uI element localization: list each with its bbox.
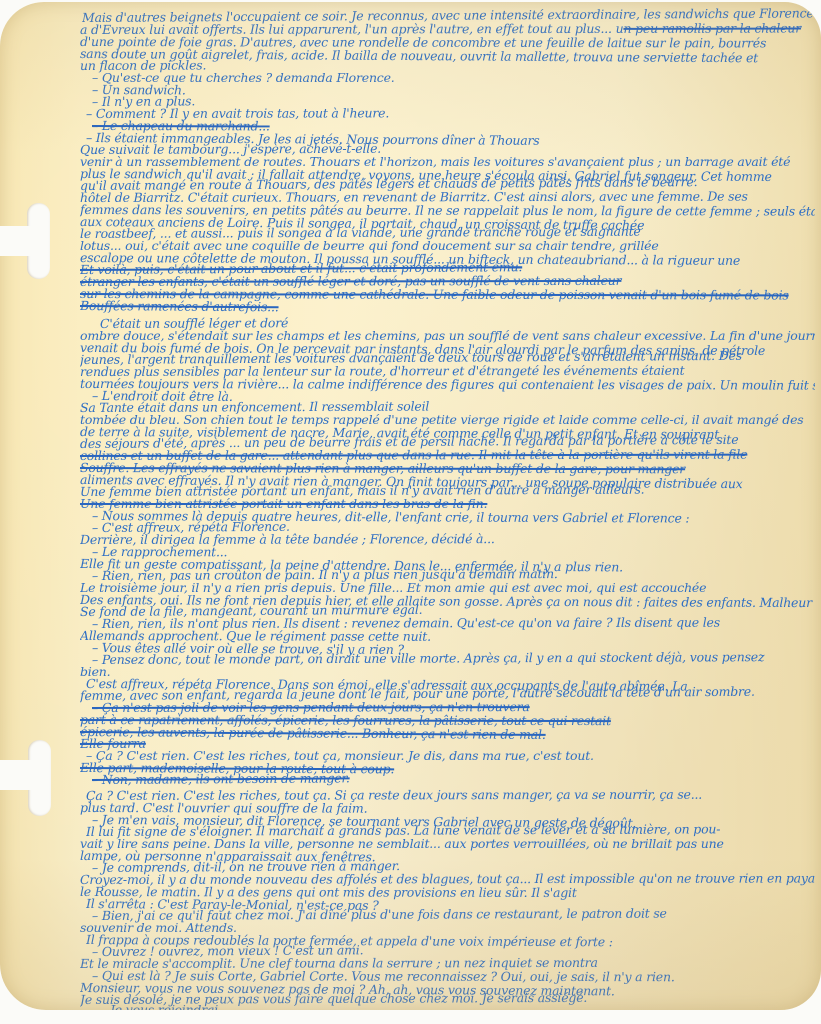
struck-manuscript-line: – Non, madame, ils ont besoin de manger. xyxy=(92,767,815,787)
handwritten-text-block: Mais d'autres beignets l'occupaient ce s… xyxy=(80,2,815,1010)
binder-slot-horizontal xyxy=(0,226,36,256)
manuscript-sheet: Mais d'autres beignets l'occupaient ce s… xyxy=(0,2,821,1010)
manuscript-line: Je vous rejoindrai xyxy=(110,1002,815,1010)
binder-slot-horizontal xyxy=(0,760,36,790)
